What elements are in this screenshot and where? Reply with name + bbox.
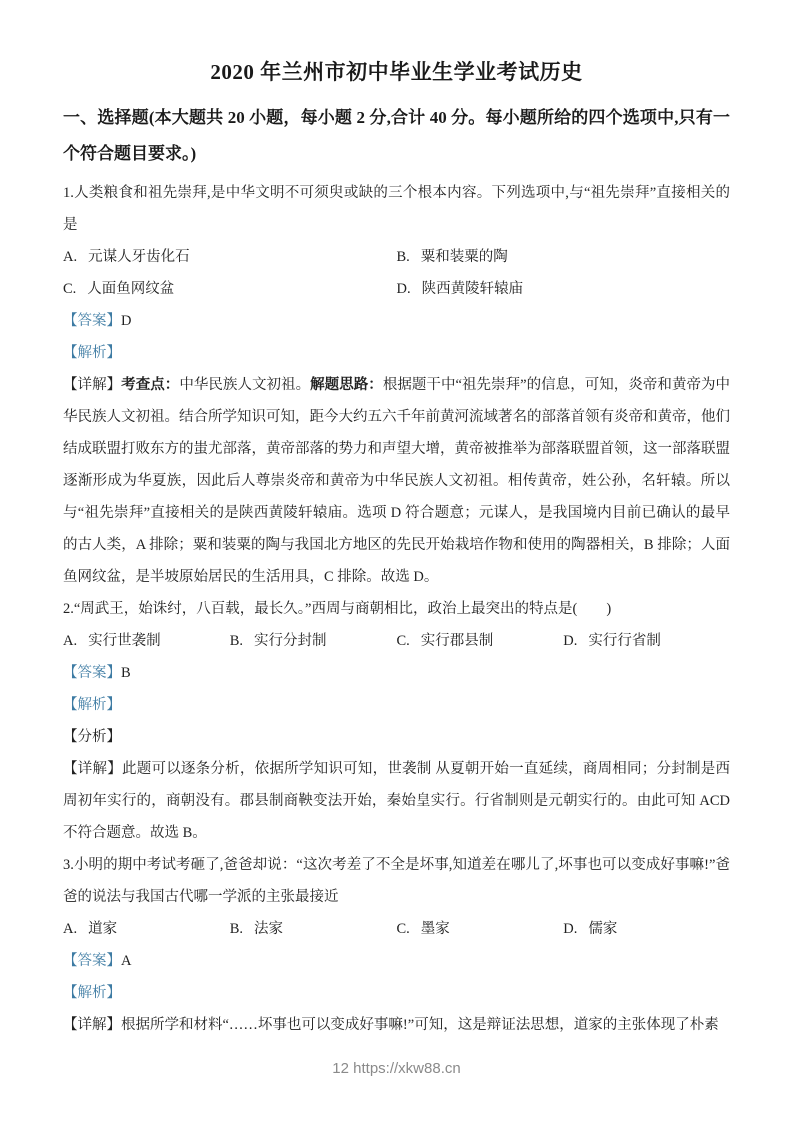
answer-label: 【答案】	[63, 665, 121, 681]
detail-label: 【详解】	[63, 1017, 121, 1033]
question-1-option-a: A.元谋人牙齿化石	[63, 241, 397, 273]
question-1-detail: 【详解】考查点：中华民族人文初祖。解题思路：根据题干中“祖先崇拜”的信息，可知，…	[63, 369, 730, 593]
question-1-answer-line: 【答案】D	[63, 305, 730, 337]
answer-value: A	[121, 953, 131, 969]
option-letter: D.	[563, 921, 577, 937]
analysis-label: 【解析】	[63, 697, 121, 713]
option-letter: A.	[63, 249, 77, 265]
option-letter: A.	[63, 921, 77, 937]
page-footer: 12 https://xkw88.cn	[0, 1060, 793, 1077]
analysis-label: 【解析】	[63, 345, 121, 361]
option-text: 实行分封制	[254, 633, 327, 649]
review-label: 【分析】	[63, 729, 121, 745]
document-content: 2020 年兰州市初中毕业生学业考试历史 一、选择题(本大题共 20 小题，每小…	[0, 0, 793, 1041]
question-1-option-d: D.陕西黄陵轩辕庙	[397, 273, 731, 305]
detail-text: 此题可以逐条分析，依据所学知识可知，世袭制 从夏朝开始一直延续，商周相同；分封制…	[63, 761, 730, 841]
analysis-label: 【解析】	[63, 985, 121, 1001]
option-text: 墨家	[421, 921, 450, 937]
option-letter: D.	[397, 281, 411, 297]
question-3-option-d: D.儒家	[563, 913, 730, 945]
detail-text: 根据所学和材料“……坏事也可以变成好事嘛!”可知，这是辩证法思想，道家的主张体现…	[121, 1017, 719, 1033]
option-letter: B.	[397, 249, 410, 265]
answer-value: B	[121, 665, 131, 681]
question-3-answer-line: 【答案】A	[63, 945, 730, 977]
question-3-detail: 【详解】根据所学和材料“……坏事也可以变成好事嘛!”可知，这是辩证法思想，道家的…	[63, 1009, 730, 1041]
detail-point-label: 考查点：	[121, 377, 179, 393]
option-text: 道家	[88, 921, 117, 937]
question-2-review-line: 【分析】	[63, 721, 730, 753]
option-text: 陕西黄陵轩辕庙	[422, 281, 524, 297]
option-letter: C.	[63, 281, 76, 297]
exam-document-page: 2020 年兰州市初中毕业生学业考试历史 一、选择题(本大题共 20 小题，每小…	[0, 0, 793, 1122]
question-1-options-row-2: C.人面鱼网纹盆 D.陕西黄陵轩辕庙	[63, 273, 730, 305]
answer-label: 【答案】	[63, 953, 121, 969]
option-letter: C.	[397, 633, 410, 649]
question-2-stem: 2.“周武王，始诛纣，八百载，最长久。”西周与商朝相比，政治上最突出的特点是( …	[63, 593, 730, 625]
question-2-answer-line: 【答案】B	[63, 657, 730, 689]
detail-approach-text: 根据题干中“祖先崇拜”的信息，可知，炎帝和黄帝为中华民族人文初祖。结合所学知识可…	[63, 377, 730, 585]
option-text: 粟和装粟的陶	[421, 249, 508, 265]
option-letter: A.	[63, 633, 77, 649]
question-2-option-d: D.实行行省制	[563, 625, 730, 657]
detail-approach-label: 解题思路：	[310, 377, 383, 393]
answer-label: 【答案】	[63, 313, 121, 329]
option-text: 实行郡县制	[421, 633, 494, 649]
option-text: 实行世袭制	[88, 633, 161, 649]
question-1-option-c: C.人面鱼网纹盆	[63, 273, 397, 305]
question-2-option-b: B.实行分封制	[230, 625, 397, 657]
option-text: 人面鱼网纹盆	[87, 281, 174, 297]
question-1-options-row-1: A.元谋人牙齿化石 B.粟和装粟的陶	[63, 241, 730, 273]
answer-value: D	[121, 313, 131, 329]
detail-label: 【详解】	[63, 377, 121, 393]
question-1-analysis-line: 【解析】	[63, 337, 730, 369]
section-header: 一、选择题(本大题共 20 小题，每小题 2 分,合计 40 分。每小题所给的四…	[63, 100, 730, 172]
option-text: 儒家	[588, 921, 617, 937]
question-3-stem: 3.小明的期中考试考砸了,爸爸却说：“这次考差了不全是坏事,知道差在哪儿了,坏事…	[63, 849, 730, 913]
option-letter: C.	[397, 921, 410, 937]
option-letter: D.	[563, 633, 577, 649]
question-2-option-c: C.实行郡县制	[397, 625, 564, 657]
detail-point-text: 中华民族人文初祖。	[179, 377, 310, 393]
option-letter: B.	[230, 921, 243, 937]
question-2-option-a: A.实行世袭制	[63, 625, 230, 657]
detail-label: 【详解】	[63, 761, 122, 777]
question-3-analysis-line: 【解析】	[63, 977, 730, 1009]
exam-title: 2020 年兰州市初中毕业生学业考试历史	[63, 56, 730, 86]
question-3-option-b: B.法家	[230, 913, 397, 945]
question-3-options-row: A.道家 B.法家 C.墨家 D.儒家	[63, 913, 730, 945]
question-2-detail: 【详解】此题可以逐条分析，依据所学知识可知，世袭制 从夏朝开始一直延续，商周相同…	[63, 753, 730, 849]
option-text: 元谋人牙齿化石	[88, 249, 190, 265]
question-3-option-a: A.道家	[63, 913, 230, 945]
option-text: 实行行省制	[588, 633, 661, 649]
question-2-options-row: A.实行世袭制 B.实行分封制 C.实行郡县制 D.实行行省制	[63, 625, 730, 657]
question-3-option-c: C.墨家	[397, 913, 564, 945]
question-2-analysis-line: 【解析】	[63, 689, 730, 721]
question-1-option-b: B.粟和装粟的陶	[397, 241, 731, 273]
option-letter: B.	[230, 633, 243, 649]
option-text: 法家	[254, 921, 283, 937]
question-1-stem: 1.人类粮食和祖先崇拜,是中华文明不可须臾或缺的三个根本内容。下列选项中,与“祖…	[63, 177, 730, 241]
